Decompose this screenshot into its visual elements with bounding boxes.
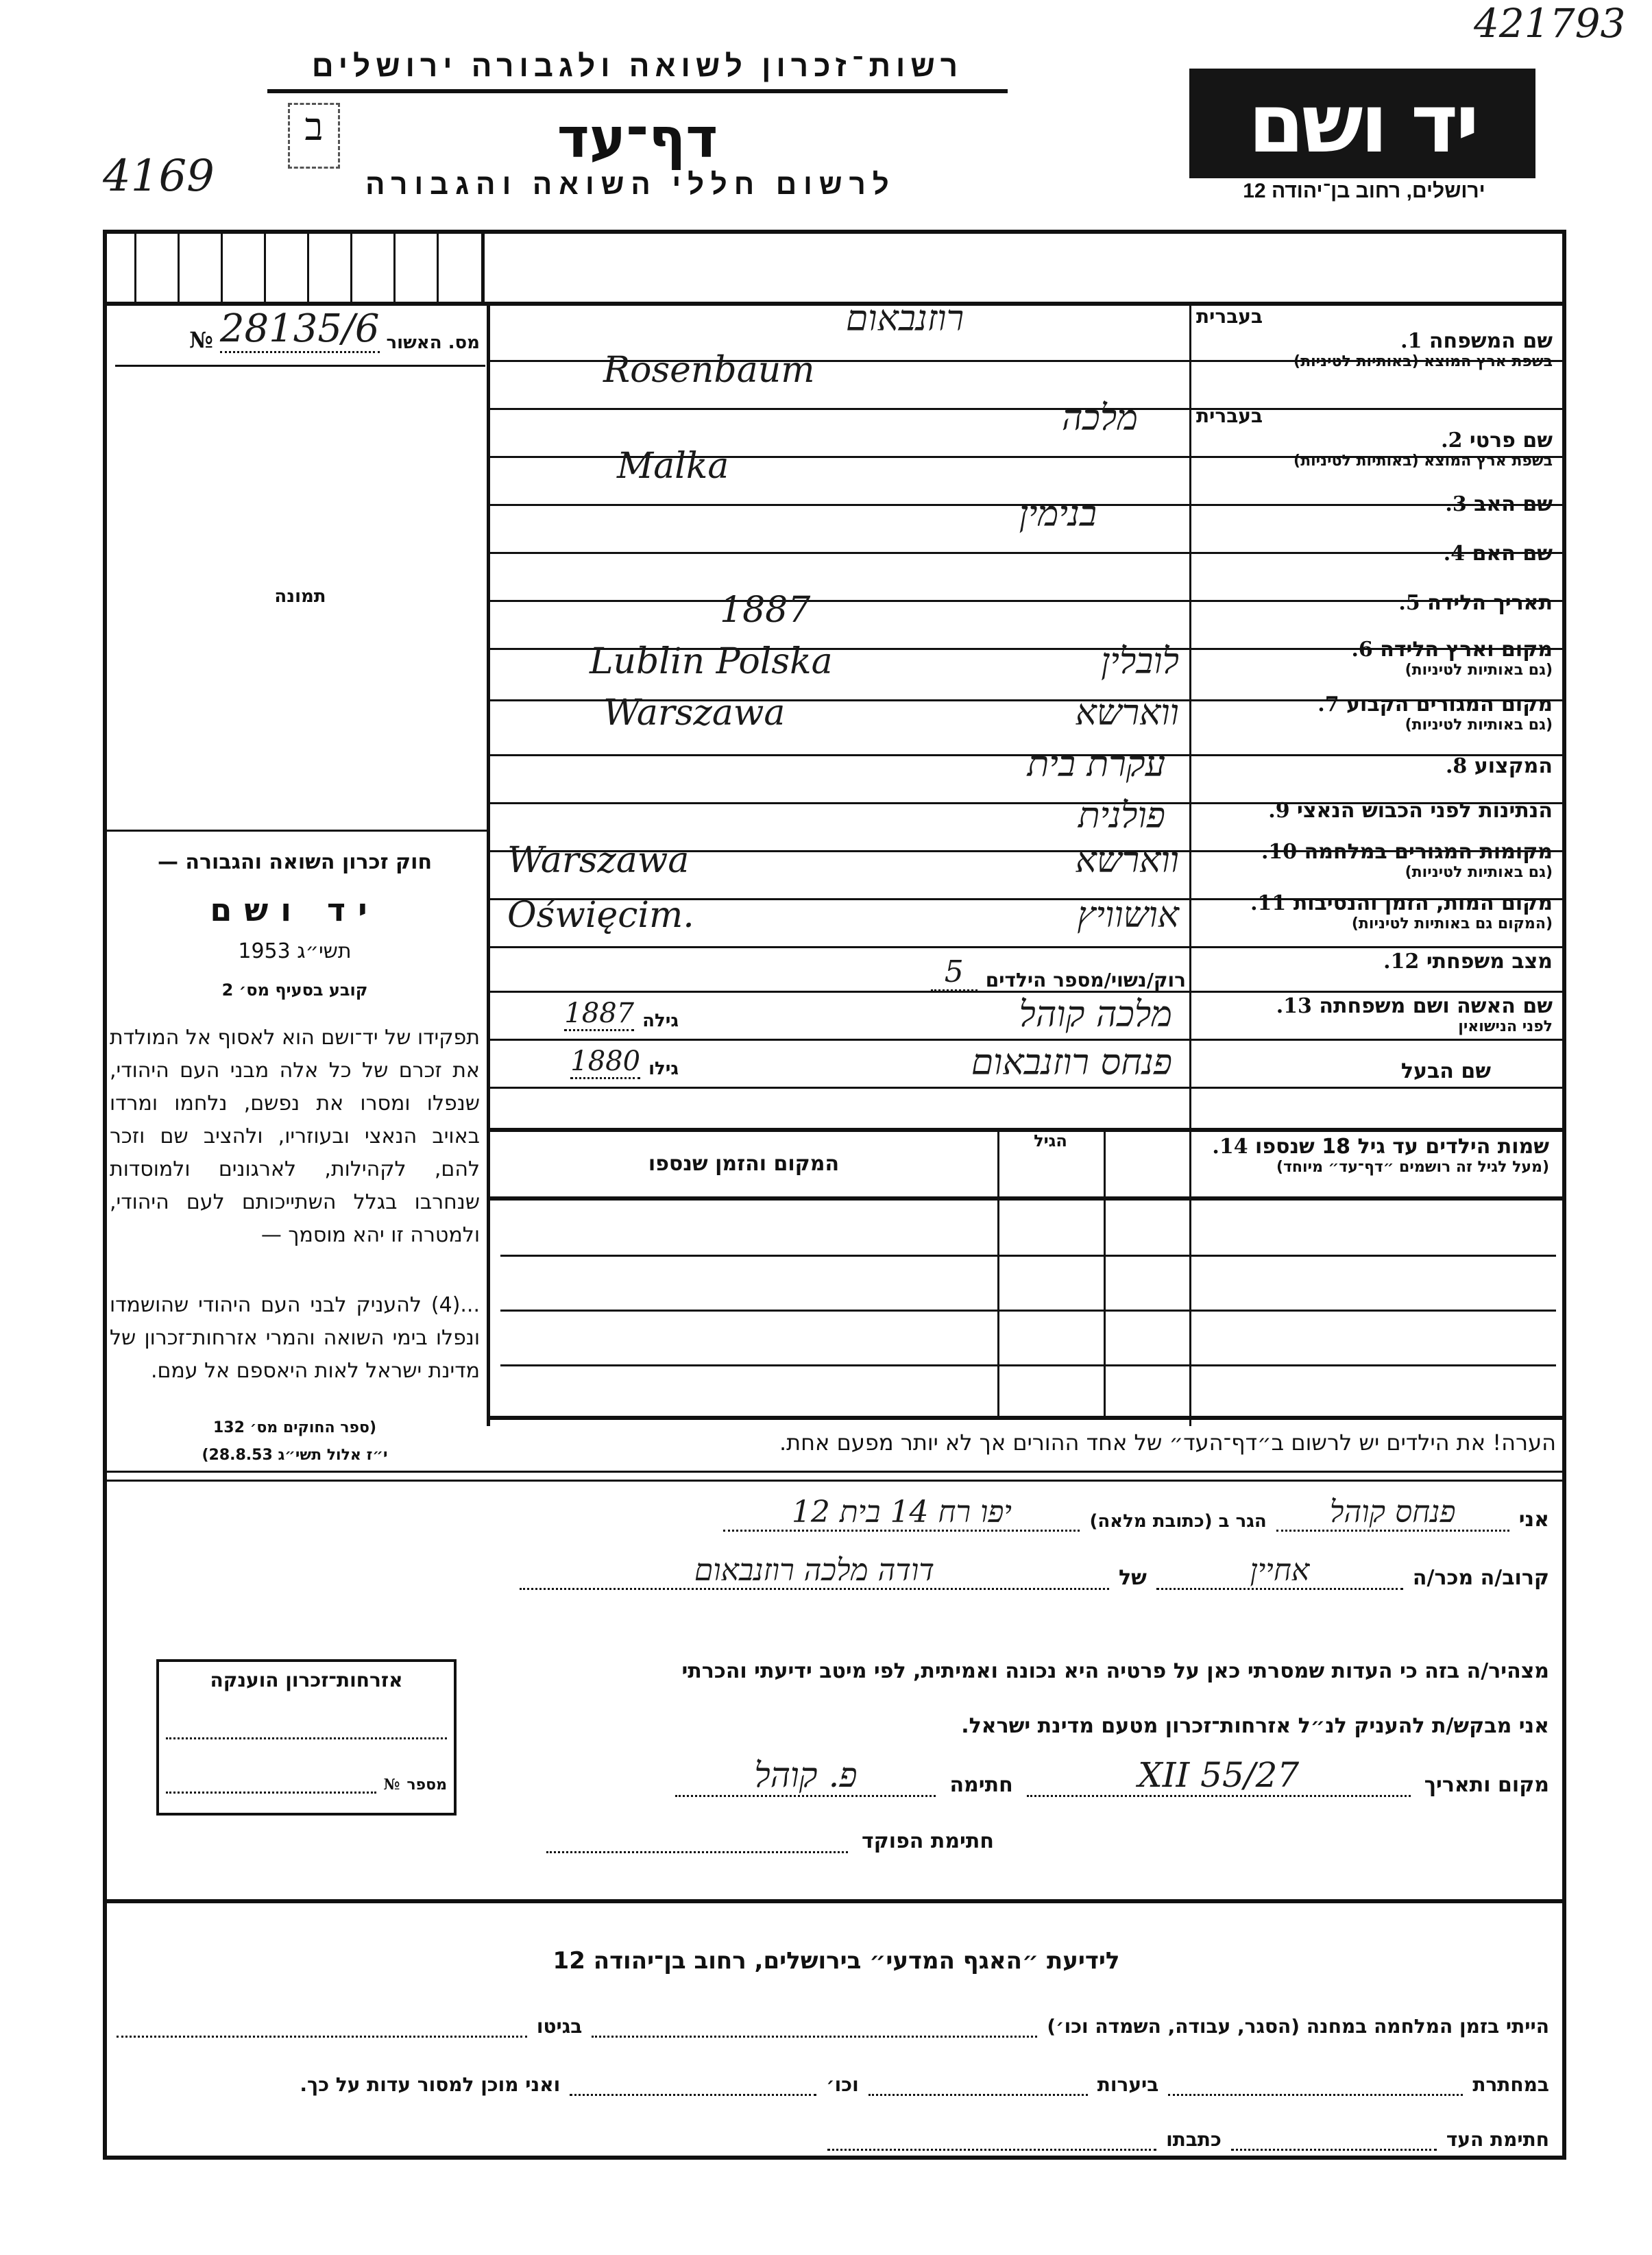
field-1-hebrew-tag: בעברית <box>1196 305 1402 328</box>
law-body-1: תפקידו של יד־ושם הוא לאסוף אל המולדת את … <box>110 1022 480 1252</box>
husband-label: שם הבעל <box>1196 1059 1491 1083</box>
field-9-label: הנתינות לפני הכבוש הנאצי 9. <box>1196 799 1553 823</box>
field-3-value[interactable]: בנימין <box>754 494 1097 535</box>
bottom-line-3: חתימת העד כתבתו <box>117 2125 1549 2151</box>
field-8-label: המקצוע 8. <box>1196 754 1553 778</box>
declarant-line: אני פנחס קוהל הגר ב (כתובת מלאה) יפו רח … <box>494 1495 1549 1532</box>
signature-value[interactable]: פ. קוהל <box>675 1755 936 1797</box>
field-6-label: מקום וארץ הלידה 6.(גם באותיות לטיניות) <box>1196 638 1553 679</box>
law-title: חוק זכרון השואה והגבורה — <box>120 850 470 874</box>
relation-value[interactable]: אחיין <box>1156 1553 1403 1590</box>
law-section: קובע בסעיף מס׳ 2 <box>120 980 470 1000</box>
status-options: רוק/נשוי/מספר הילדים <box>986 969 1186 991</box>
stamp-letter: ב <box>288 103 340 169</box>
no-sign: № <box>189 327 213 353</box>
declarant-name[interactable]: פנחס קוהל <box>1276 1495 1509 1532</box>
citizenship-box-title: אזרחות־זכרון הוענקה <box>159 1669 454 1691</box>
photo-label: תמונה <box>115 586 485 607</box>
yad-vashem-logo: יד ושם <box>1189 69 1535 178</box>
camp-field[interactable] <box>592 2012 1037 2038</box>
declarant-address[interactable]: יפו רח 14 בית 12 <box>723 1495 1080 1532</box>
table-row[interactable] <box>494 1200 1563 1254</box>
place-date-signature-line: מקום ותאריך 27/XII 55 חתימה פ. קוהל <box>514 1755 1549 1797</box>
authority-title: רשות־זכרון לשואה ולגבורה ירושלים <box>267 49 1008 93</box>
children-count: 5 <box>931 954 977 991</box>
photo-area: תמונה <box>115 367 485 833</box>
field-8-value[interactable]: עקרת בית <box>823 744 1165 785</box>
husband-name-value[interactable]: פנחס רוזנבאום <box>788 1042 1172 1083</box>
children-note: הערה! את הילדים יש לרשום ב״דף־העד״ של אח… <box>494 1430 1556 1456</box>
citizenship-box: אזרחות־זכרון הוענקה מספר № <box>156 1659 457 1816</box>
field-13-label: שם האשה ושם משפחתה 13.לפני הנישואין <box>1196 994 1553 1035</box>
field-7-label: מקום המגורים הקבוע 7.(גם באותיות לטיניות… <box>1196 692 1553 734</box>
law-name: יד ושם <box>120 891 470 928</box>
file-number: 4169 <box>103 151 215 202</box>
bottom-line-1: הייתי בזמן המלחמה במחנה (הסגר, עבודה, הש… <box>117 2012 1549 2038</box>
bottom-line-2: במחתרת ביערות וכו׳ ואני מוכן למסור עדות … <box>117 2071 1549 2096</box>
official-signature-line: חתימת הפוקד <box>514 1824 994 1853</box>
table-row[interactable] <box>494 1362 1563 1412</box>
field-10-label: מקומות המגורים במלחמה 10.(גם באותיות לטי… <box>1196 840 1553 881</box>
archive-number: 421793 <box>1474 0 1625 47</box>
ghetto-field[interactable] <box>117 2012 527 2038</box>
field-1-value-hebrew[interactable]: רוזנבאום <box>713 298 1097 339</box>
underground-field[interactable] <box>1168 2071 1463 2096</box>
table-row[interactable] <box>494 1307 1563 1362</box>
date-value[interactable]: 27/XII 55 <box>1027 1755 1411 1797</box>
place-column-header: המקום והזמן שנספו <box>494 1152 994 1176</box>
wife-age-field[interactable]: גילה 1887 <box>500 998 679 1031</box>
table-row[interactable] <box>494 1254 1563 1308</box>
field-1-label: שם המשפחה 1.בשפת ארץ המוצא (באותיות לטינ… <box>1196 329 1553 370</box>
field-7-value-hebrew[interactable]: ווארשא <box>960 692 1179 734</box>
etc-field[interactable] <box>570 2071 816 2096</box>
witness-signature-field[interactable] <box>1231 2125 1437 2151</box>
field-5-label: תאריך הלידה 5. <box>1196 591 1553 615</box>
field-11-value-latin[interactable]: Oświęcim. <box>507 895 694 936</box>
address: ירושלים, רחוב בן־יהודה 12 <box>1179 180 1549 203</box>
forests-field[interactable] <box>868 2071 1088 2096</box>
citizenship-request: אני מבקש/ת להעניק לנ״ל אזרחות־זכרון מטעם… <box>494 1714 1549 1738</box>
relation-line: קרוב/ה מכר/ה אחיין של דודה מלכה רוזנבאום <box>329 1553 1549 1590</box>
field-5-value[interactable]: 1887 <box>720 590 810 631</box>
field-10-value-latin[interactable]: Warszawa <box>507 840 689 881</box>
law-body-2: ...(4) להעניק לבני העם היהודי שהושמדו ונ… <box>110 1289 480 1388</box>
scientific-dept-title: לידיעת ״האגף המדעי״ בירושלים, רחוב בן־יה… <box>411 1947 1261 1975</box>
top-cells <box>107 234 487 302</box>
approval-number-field[interactable]: מס. האשור 28135/6 № <box>130 312 480 353</box>
form-title: דף־עד <box>507 106 768 170</box>
field-10-value-hebrew[interactable]: ווארשא <box>960 840 1179 881</box>
law-source: (ספר החוקים מס׳ 132 <box>120 1419 470 1436</box>
children-table <box>494 1200 1563 1412</box>
field-2-value-hebrew[interactable]: מלכה <box>754 398 1138 439</box>
field-7-value-latin[interactable]: Warszawa <box>603 692 785 734</box>
witness-address-field[interactable] <box>827 2125 1156 2151</box>
approval-label: מס. האשור <box>387 333 481 353</box>
field-2-label: שם פרטי 2.בשפת ארץ המוצא (באותיות לטיניו… <box>1196 429 1553 470</box>
field-2-value-latin[interactable]: Malka <box>617 446 729 487</box>
children-header: שמות הילדים עד גיל 18 שנספו 14.(מעל לגיל… <box>1110 1135 1549 1176</box>
field-12-label: מצב משפחתי 12. <box>1196 950 1553 974</box>
field-11-label: מקום המות, הזמן והנסיבות 11.(המקום גם בא… <box>1196 891 1553 932</box>
law-year: תשי״ג 1953 <box>120 939 470 963</box>
official-signature-field[interactable] <box>546 1824 848 1853</box>
field-1-value-latin[interactable]: Rosenbaum <box>603 350 815 391</box>
approval-value: 28135/6 <box>220 306 380 353</box>
logo-text: יד ושם <box>1248 76 1477 171</box>
field-2-hebrew-tag: בעברית <box>1196 405 1402 427</box>
citizenship-number-field[interactable]: מספר № <box>166 1775 447 1794</box>
husband-age-field[interactable]: גילו 1880 <box>500 1046 679 1079</box>
law-date: י״ז אלול תשי״ג 28.8.53) <box>120 1447 470 1464</box>
field-9-value[interactable]: פולנית <box>823 795 1165 836</box>
field-4-label: שם האם 4. <box>1196 542 1553 566</box>
field-11-value-hebrew[interactable]: אושוויץ <box>960 895 1179 936</box>
form-subtitle: לרשום חללי השואה והגבורה <box>329 168 932 201</box>
field-6-value-hebrew[interactable]: לובלין <box>960 641 1179 682</box>
field-3-label: שם האב 3. <box>1196 492 1553 516</box>
wife-name-value[interactable]: מלכה קוהל <box>788 994 1172 1035</box>
victim-reference[interactable]: דודה מלכה רוזנבאום <box>520 1553 1109 1590</box>
marital-status-field[interactable]: רוק/נשוי/מספר הילדים 5 <box>685 954 1186 991</box>
age-column-header: הגיל <box>1001 1131 1100 1150</box>
field-6-value-latin[interactable]: Lublin Polska <box>590 641 833 682</box>
declaration-statement: מצהיר/ה בזה כי העדות שמסרתי כאן על פרטיה… <box>494 1659 1549 1683</box>
